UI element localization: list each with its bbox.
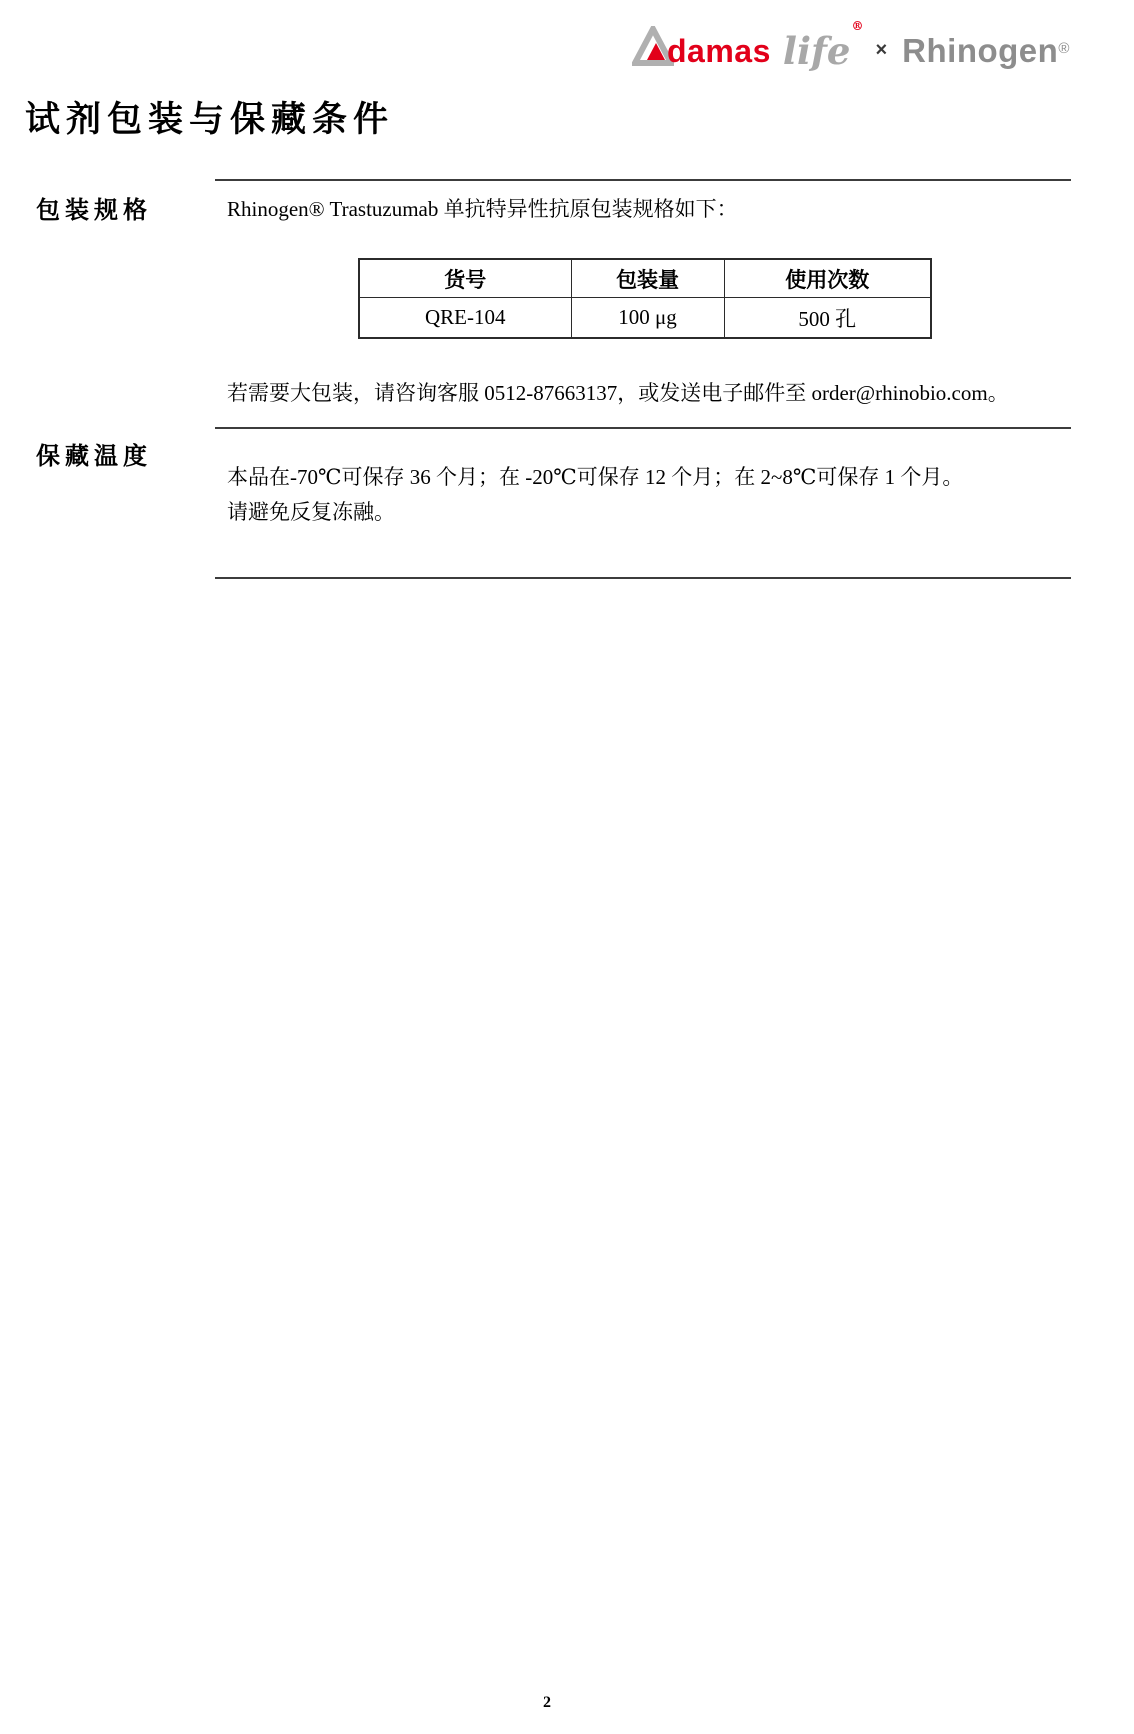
section-divider-top xyxy=(215,179,1071,181)
brand-separator: × xyxy=(875,40,887,60)
section-divider-bottom xyxy=(215,577,1071,579)
storage-line-2: 请避免反复冻融。 xyxy=(227,496,395,526)
table-cell-uses: 500 孔 xyxy=(724,298,931,339)
table-header-uses: 使用次数 xyxy=(724,259,931,298)
page-title: 试剂包装与保藏条件 xyxy=(25,92,394,142)
packaging-spec-table: 货号 包装量 使用次数 QRE-104 100 μg 500 孔 xyxy=(358,258,932,339)
table-header-catalog: 货号 xyxy=(359,259,571,298)
page-number: 2 xyxy=(0,1694,1094,1712)
life-registered-mark: ® xyxy=(851,19,863,33)
section-divider-middle xyxy=(215,427,1071,429)
storage-line-1: 本品在-70℃可保存 36 个月；在 -20℃可保存 12 个月；在 2~8℃可… xyxy=(227,461,963,491)
rhinogen-registered-mark: ® xyxy=(1058,40,1070,57)
brand-damas-text: damas xyxy=(667,35,771,67)
table-header-row: 货号 包装量 使用次数 xyxy=(359,259,931,298)
brand-rhinogen-text: Rhinogen® xyxy=(902,34,1070,67)
packaging-note-text: 若需要大包装，请咨询客服 0512-87663137，或发送电子邮件至 orde… xyxy=(227,377,1009,407)
table-cell-amount: 100 μg xyxy=(571,298,724,339)
section-label-storage: 保藏温度 xyxy=(36,436,152,471)
table-row: QRE-104 100 μg 500 孔 xyxy=(359,298,931,339)
document-page: damas life® × Rhinogen® 试剂包装与保藏条件 包装规格 R… xyxy=(0,0,1134,1734)
packaging-intro-text: Rhinogen® Trastuzumab 单抗特异性抗原包装规格如下： xyxy=(227,193,738,223)
header-logo: damas life® × Rhinogen® xyxy=(632,26,1070,67)
table-cell-catalog: QRE-104 xyxy=(359,298,571,339)
section-label-packaging: 包装规格 xyxy=(36,190,152,225)
brand-life-text: life® xyxy=(783,36,863,67)
table-header-amount: 包装量 xyxy=(571,259,724,298)
